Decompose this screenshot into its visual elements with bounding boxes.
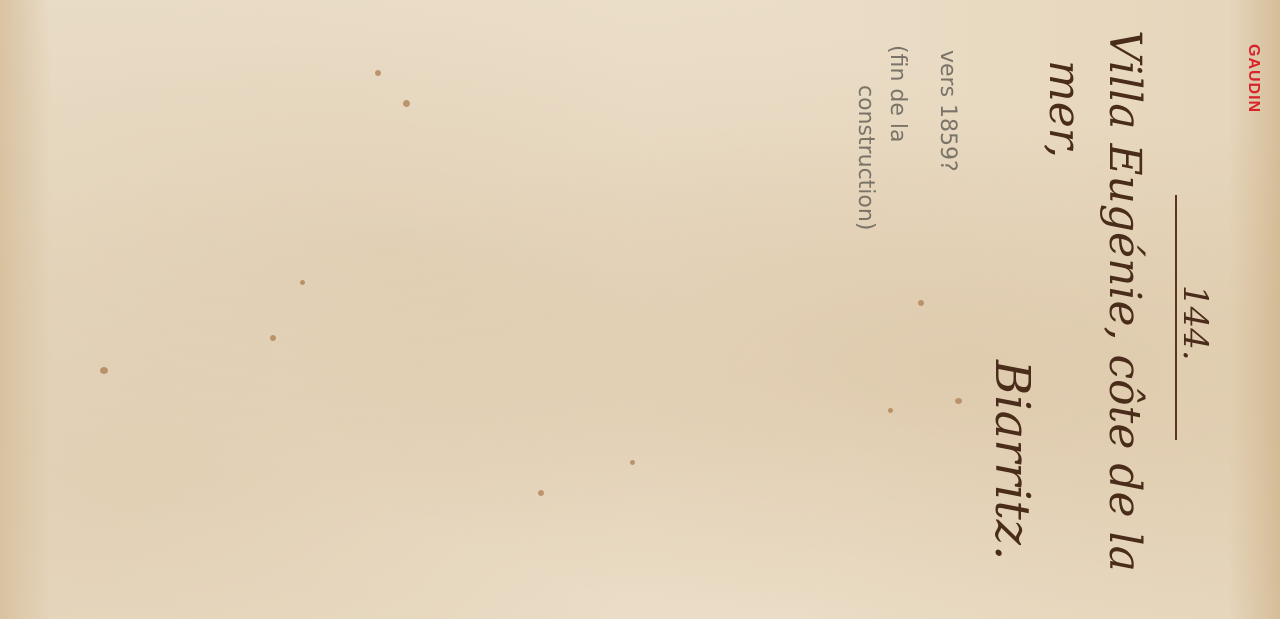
title-line-2: mer,	[1039, 60, 1090, 158]
foxing-spot	[100, 367, 108, 374]
photographer-stamp: GAUDIN	[1244, 44, 1262, 113]
pencil-note-1: (fin de la	[885, 45, 910, 142]
foxing-spot	[918, 300, 924, 306]
foxing-spot	[888, 408, 893, 413]
foxing-spot	[630, 460, 635, 465]
pencil-note-2: construction)	[853, 85, 878, 230]
title-line-3: Biarritz.	[984, 360, 1040, 560]
foxing-spot	[955, 398, 962, 404]
foxing-spot	[270, 335, 276, 341]
pencil-date: vers 1859?	[935, 50, 960, 172]
foxing-spot	[375, 70, 381, 76]
catalog-number: 144.	[1175, 285, 1215, 361]
foxing-spot	[403, 100, 410, 107]
card-back: GAUDIN 144. Villa Eugénie, côte de la me…	[0, 0, 1280, 619]
foxing-spot	[300, 280, 305, 285]
title-line-1: Villa Eugénie, côte de la	[1099, 30, 1150, 572]
foxing-spot	[538, 490, 544, 496]
